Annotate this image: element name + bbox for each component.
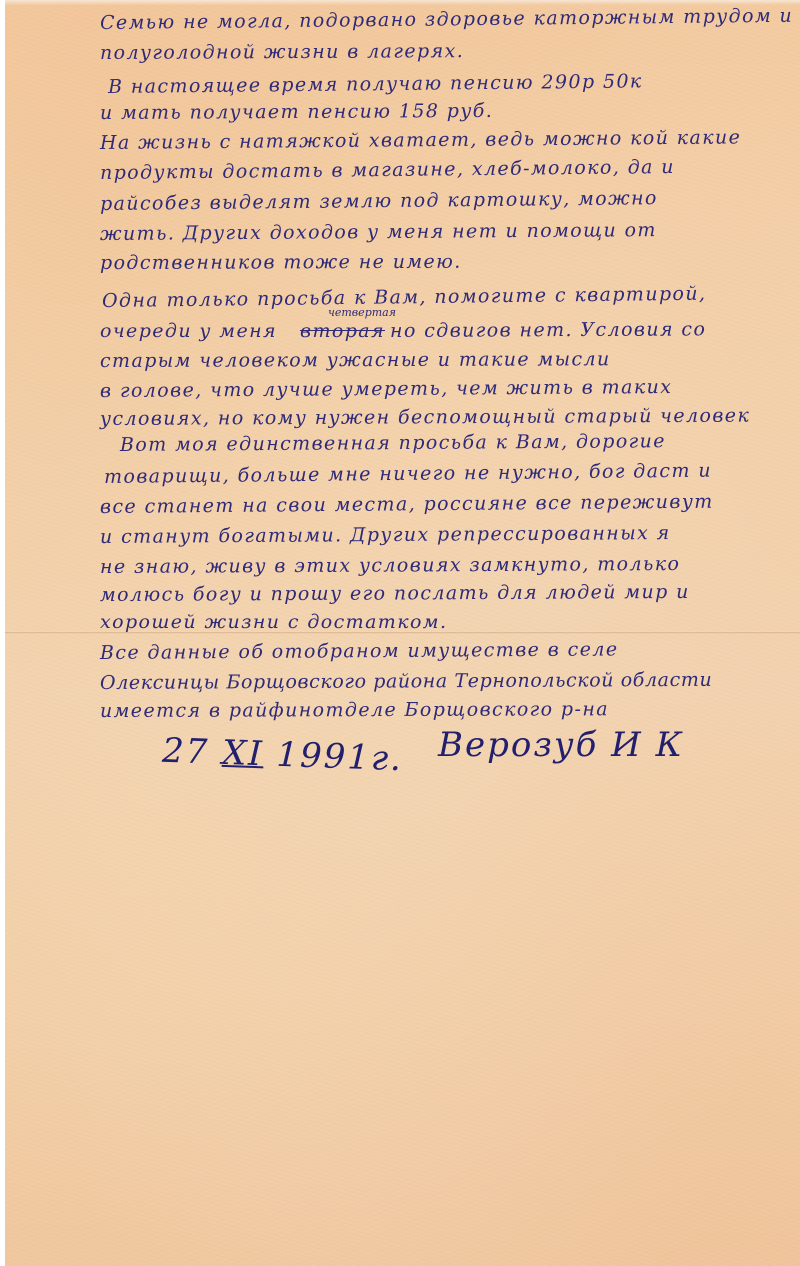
text-line: старым человеком ужасные и такие мысли bbox=[100, 348, 611, 372]
text-line: условиях, но кому нужен беспомощный стар… bbox=[100, 405, 750, 430]
text-line: Семью не могла, подорвано здоровье катор… bbox=[100, 5, 793, 34]
signature: Верозуб И К bbox=[438, 725, 684, 765]
text-line: райсобез выделят землю под картошку, мож… bbox=[100, 187, 658, 215]
inserted-word: четвертая bbox=[328, 306, 396, 319]
date-month: XI bbox=[221, 733, 264, 774]
text-line: все станет на свои места, россияне все п… bbox=[100, 491, 714, 518]
text-line: Вот моя единственная просьба к Вам, доро… bbox=[120, 430, 666, 456]
text-line: Одна только просьба к Вам, помогите с кв… bbox=[102, 283, 707, 312]
text-line: родственников тоже не имею. bbox=[100, 251, 462, 274]
text-line: продукты достать в магазине, хлеб-молоко… bbox=[100, 156, 675, 184]
text-line: жить. Других доходов у меня нет и помощи… bbox=[100, 219, 657, 245]
text-line: На жизнь с натяжкой хватает, ведь можно … bbox=[100, 126, 741, 154]
text-line: полуголодной жизни в лагерях. bbox=[100, 40, 464, 64]
text-line: Все данные об отобраном имуществе в селе bbox=[100, 638, 619, 664]
text-line: Олексинцы Борщовского района Тернопольск… bbox=[100, 669, 712, 694]
text-line: и мать получает пенсию 158 руб. bbox=[100, 100, 493, 124]
letter-body: Семью не могла, подорвано здоровье катор… bbox=[0, 0, 800, 1266]
text-line: товарищи, больше мне ничего не нужно, бо… bbox=[104, 460, 712, 488]
letter-date: 27 XI 1991г. bbox=[161, 731, 403, 779]
date-year: 1991г. bbox=[276, 735, 404, 779]
text-line: не знаю, живу в этих условиях замкнуто, … bbox=[100, 553, 680, 578]
text-line: хорошей жизни с достатком. bbox=[100, 611, 447, 633]
text-line: и станут богатыми. Других репрессированн… bbox=[100, 522, 671, 548]
text-line: В настоящее время получаю пенсию 290р 50… bbox=[108, 70, 643, 98]
date-day: 27 bbox=[161, 731, 210, 773]
text-line: но сдвигов нет. Условия со bbox=[390, 318, 706, 342]
text-line: очереди у меня bbox=[100, 320, 277, 342]
struck-word: вторая bbox=[300, 320, 385, 342]
text-line: имеется в райфинотделе Борщовского р-на bbox=[100, 698, 609, 722]
text-line: в голове, что лучше умереть, чем жить в … bbox=[100, 376, 672, 402]
text-line: молюсь богу и прошу его послать для люде… bbox=[100, 581, 690, 606]
